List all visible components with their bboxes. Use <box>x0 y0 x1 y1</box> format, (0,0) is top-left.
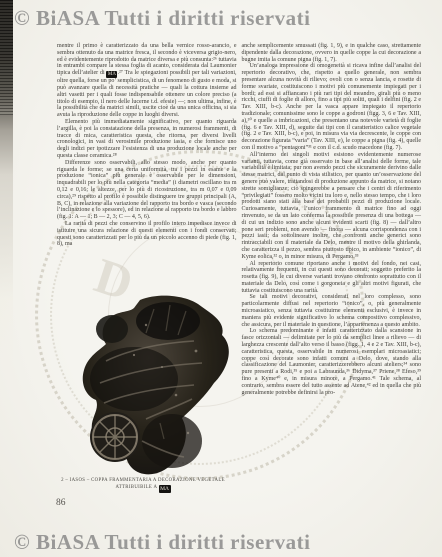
paragraph: Al repertorio comune riportano anche i m… <box>242 261 422 295</box>
paragraph: anche semplicemente smussati (fig. 1, 9)… <box>242 43 422 63</box>
atelier-monogram-stamp-icon: ΜΛ <box>159 485 171 493</box>
book-binding-edge <box>0 0 13 557</box>
scanned-book-page: D E S © BiASA Tutti i diritti riservati … <box>0 0 442 557</box>
paragraph: La rarità di pezzi che conservino il pro… <box>57 221 237 248</box>
paragraph: mentre il primo è caratterizzato da una … <box>57 43 237 119</box>
copyright-watermark-top: © BiASA Tutti i diritti riservati <box>14 6 310 31</box>
paragraph: Lo schema predominante è infatti caratte… <box>242 328 422 396</box>
artifact-photo <box>76 291 238 481</box>
figure-caption-line1: 2 – Iasos – Coppa frammentaria a decoraz… <box>50 477 236 484</box>
paragraph: All’interno dei singoli motivi esistono … <box>242 152 422 261</box>
right-column: anche semplicemente smussati (fig. 1, 9)… <box>242 43 422 396</box>
paragraph-text: .²⁷ Tra le spiegazioni possibili per tal… <box>57 70 237 118</box>
figure-caption-text: attribuibile a <box>115 485 158 490</box>
copyright-watermark-bottom: © BiASA Tutti i diritti riservati <box>14 530 310 555</box>
paragraph: Se tali motivi decorativi, considerati n… <box>242 294 422 328</box>
paragraph: Differenze sono osservabili, allo stesso… <box>57 160 237 221</box>
page-number: 86 <box>56 498 66 508</box>
paragraph: Elemento più immediatamente significativ… <box>57 119 237 160</box>
figure-caption-line2: attribuibile a ΜΛ <box>50 484 236 493</box>
paragraph: Un’analoga impressione di omogeneità si … <box>242 63 422 151</box>
figure-caption: 2 – Iasos – Coppa frammentaria a decoraz… <box>50 477 236 493</box>
